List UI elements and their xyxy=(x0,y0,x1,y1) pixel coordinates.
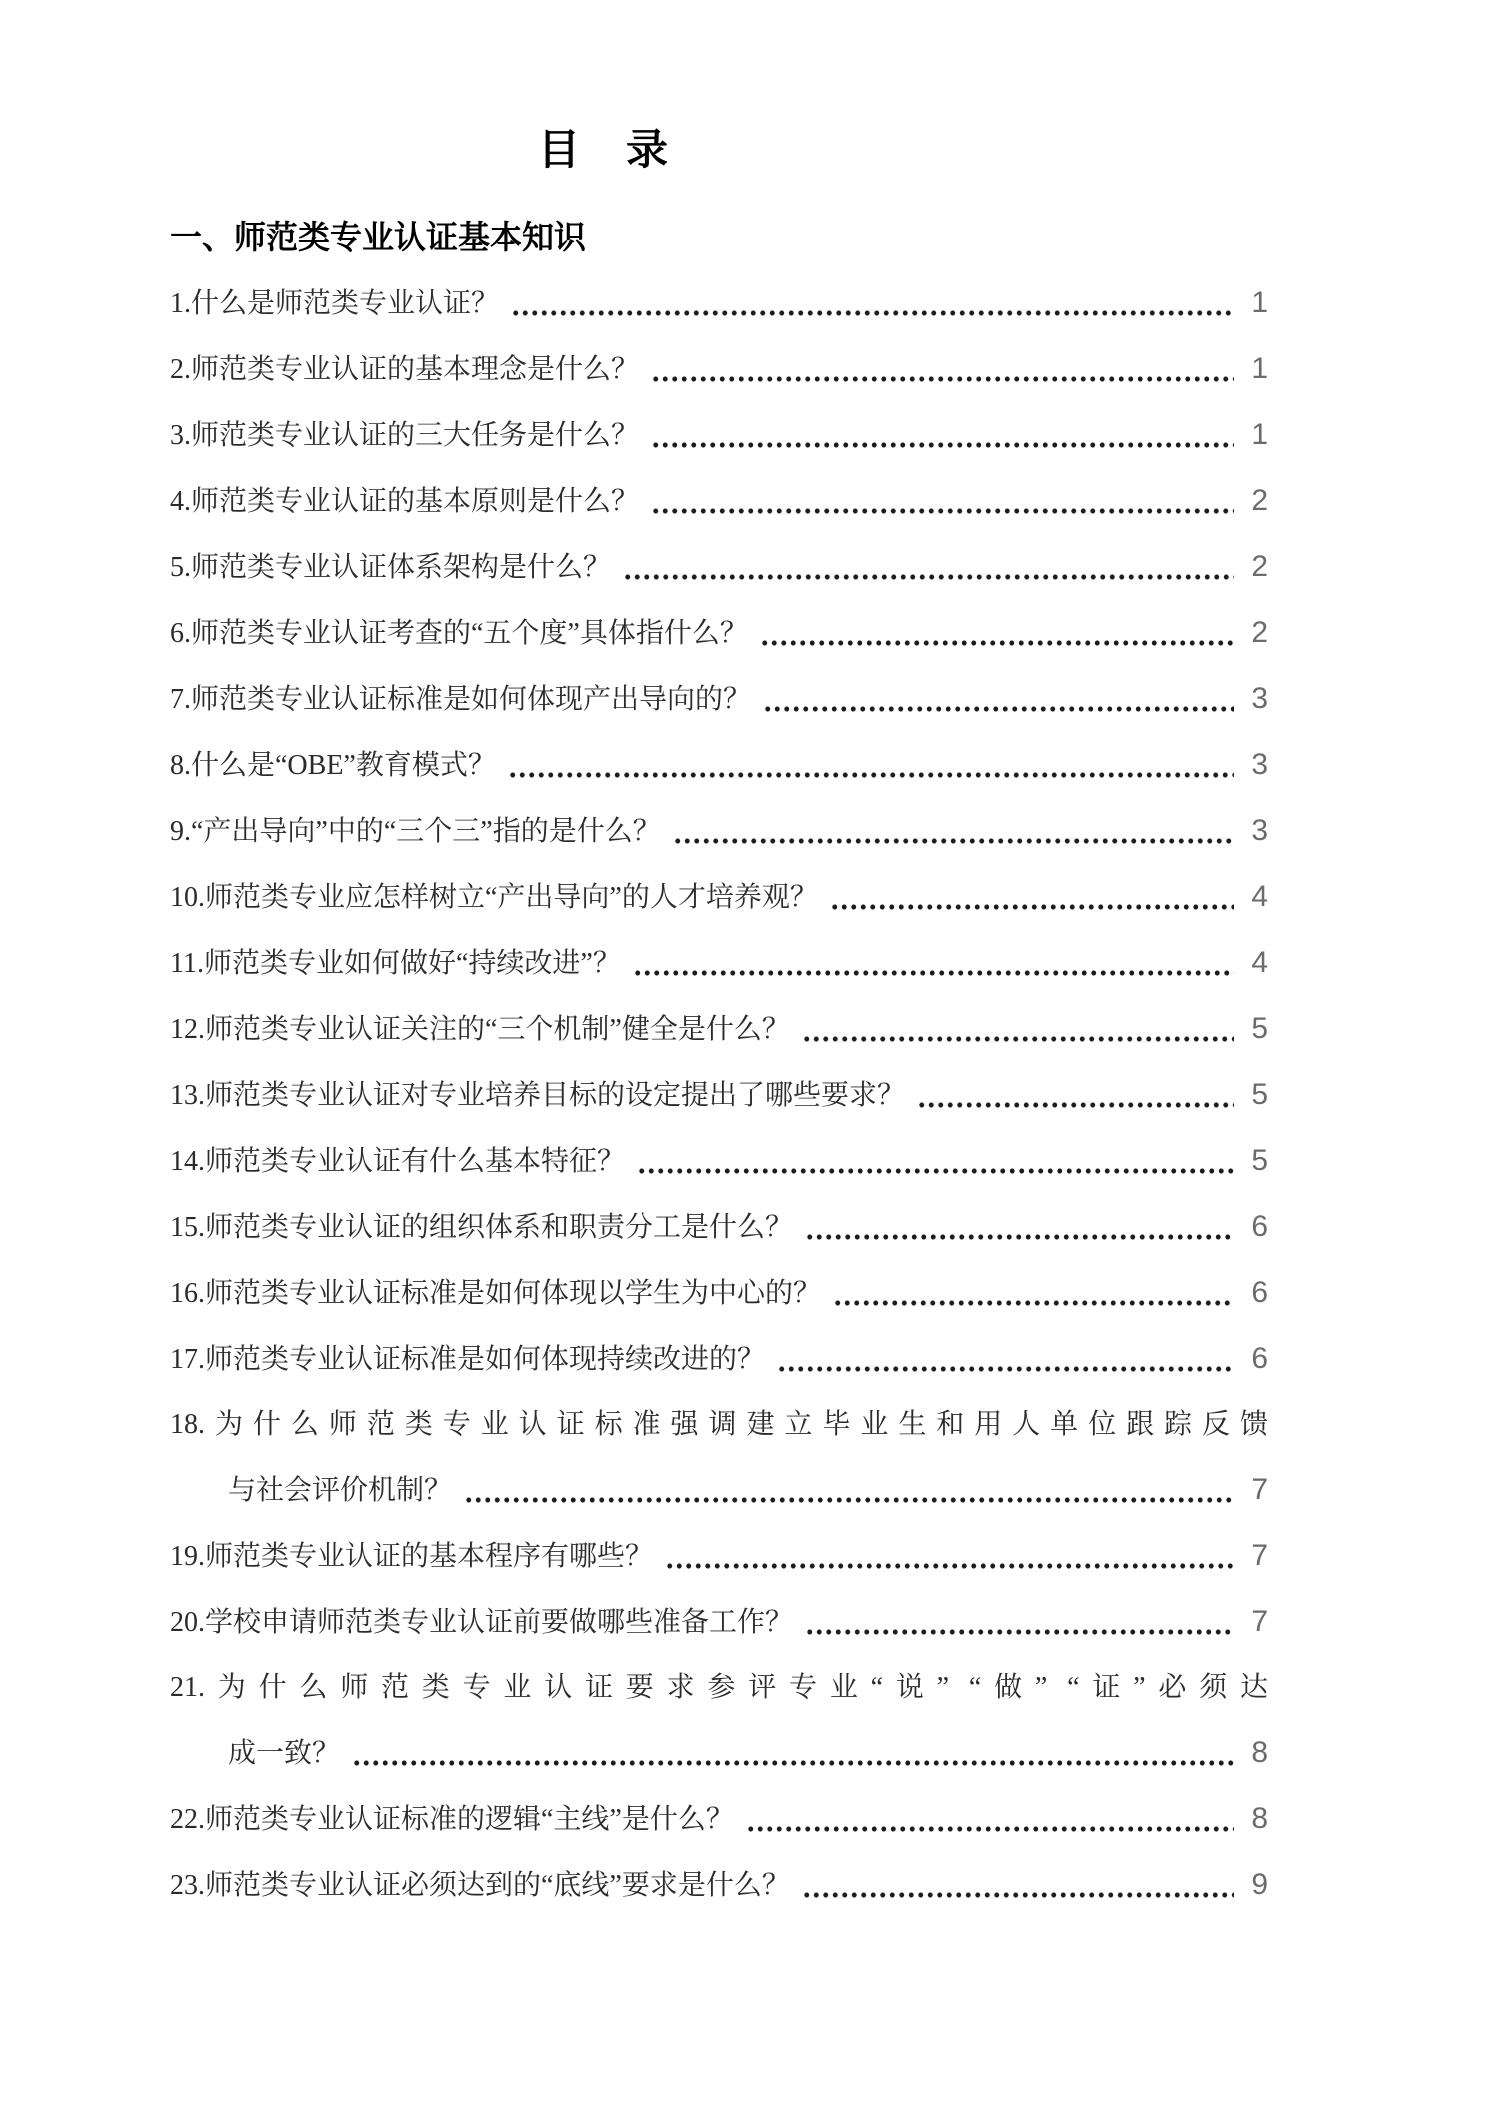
toc-entry: 5.师范类专业认证体系架构是什么？ 2 xyxy=(170,534,1268,600)
toc-entry: 7.师范类专业认证标准是如何体现产出导向的？ 3 xyxy=(170,666,1268,732)
toc-entry: 19.师范类专业认证的基本程序有哪些？ 7 xyxy=(170,1523,1268,1589)
toc-entry: 23.师范类专业认证必须达到的“底线”要求是什么？ 9 xyxy=(170,1852,1268,1918)
toc-entry-label: 7.师范类专业认证标准是如何体现产出导向的？ xyxy=(170,667,751,732)
toc-entry: 8.什么是“OBE”教育模式？ 3 xyxy=(170,732,1268,798)
toc-entry: 6.师范类专业认证考查的“五个度”具体指什么？ 2 xyxy=(170,600,1268,666)
toc-entry-label: 20.学校申请师范类专业认证前要做哪些准备工作？ xyxy=(170,1590,793,1655)
dot-leader xyxy=(800,1852,1234,1918)
toc-entry-page-number: 9 xyxy=(1242,1852,1268,1917)
toc-entry-page-number: 8 xyxy=(1242,1720,1268,1785)
toc-entry-row: 5.师范类专业认证体系架构是什么？ 2 xyxy=(170,534,1268,600)
toc-entry: 16.师范类专业认证标准是如何体现以学生为中心的？ 6 xyxy=(170,1260,1268,1326)
dot-leader xyxy=(649,402,1234,468)
toc-entry-page-number: 1 xyxy=(1242,270,1268,335)
toc-entry-label: 22.师范类专业认证标准的逻辑“主线”是什么？ xyxy=(170,1787,734,1852)
toc-entry: 20.学校申请师范类专业认证前要做哪些准备工作？ 7 xyxy=(170,1589,1268,1655)
toc-entry-page-number: 7 xyxy=(1242,1523,1268,1588)
toc-entry: 15.师范类专业认证的组织体系和职责分工是什么？ 6 xyxy=(170,1194,1268,1260)
toc-entry-page-number: 1 xyxy=(1242,336,1268,401)
toc-entry: 4.师范类专业认证的基本原则是什么？ 2 xyxy=(170,468,1268,534)
toc-entry-label: 1.什么是师范类专业认证？ xyxy=(170,271,499,336)
dot-leader xyxy=(509,270,1234,336)
toc-entry-page-number: 5 xyxy=(1242,1128,1268,1193)
dot-leader xyxy=(631,930,1234,996)
dot-leader xyxy=(758,600,1234,666)
toc-entry-page-number: 6 xyxy=(1242,1326,1268,1391)
toc-entry-page-number: 7 xyxy=(1242,1589,1268,1654)
toc-entry-page-number: 8 xyxy=(1242,1786,1268,1851)
toc-entry: 1.什么是师范类专业认证？ 1 xyxy=(170,270,1268,336)
toc-entry-label: 3.师范类专业认证的三大任务是什么？ xyxy=(170,403,639,468)
dot-leader xyxy=(828,864,1234,930)
dot-leader xyxy=(761,666,1234,732)
toc-entry-row: 11.师范类专业如何做好“持续改进”？ 4 xyxy=(170,930,1268,996)
toc-entry: 21.为什么师范类专业认证要求参评专业“说” “做” “证”必须达 成一致？ 8 xyxy=(170,1655,1268,1786)
dot-leader xyxy=(775,1326,1234,1392)
toc-entry-row: 10.师范类专业应怎样树立“产出导向”的人才培养观？ 4 xyxy=(170,864,1268,930)
toc-entry-row: 6.师范类专业认证考查的“五个度”具体指什么？ 2 xyxy=(170,600,1268,666)
toc-entry-page-number: 3 xyxy=(1242,732,1268,797)
toc-entry: 11.师范类专业如何做好“持续改进”？ 4 xyxy=(170,930,1268,996)
toc-entry-label: 12.师范类专业认证关注的“三个机制”健全是什么？ xyxy=(170,997,790,1062)
toc-entry-row: 22.师范类专业认证标准的逻辑“主线”是什么？ 8 xyxy=(170,1786,1268,1852)
dot-leader xyxy=(621,534,1234,600)
toc-entry-label: 4.师范类专业认证的基本原则是什么？ xyxy=(170,469,639,534)
toc-entry-label: 13.师范类专业认证对专业培养目标的设定提出了哪些要求？ xyxy=(170,1063,905,1128)
dot-leader xyxy=(649,336,1234,402)
toc-entry-label: 23.师范类专业认证必须达到的“底线”要求是什么？ xyxy=(170,1853,790,1918)
dot-leader xyxy=(803,1589,1234,1655)
toc-entry-row: 17.师范类专业认证标准是如何体现持续改进的？ 6 xyxy=(170,1326,1268,1392)
dot-leader xyxy=(635,1128,1234,1194)
toc-entry-label: 9.“产出导向”中的“三个三”指的是什么？ xyxy=(170,799,661,864)
toc-entry-label: 6.师范类专业认证考查的“五个度”具体指什么？ xyxy=(170,601,748,666)
dot-leader xyxy=(915,1062,1234,1128)
toc-entry-row: 13.师范类专业认证对专业培养目标的设定提出了哪些要求？ 5 xyxy=(170,1062,1268,1128)
toc-entry: 17.师范类专业认证标准是如何体现持续改进的？ 6 xyxy=(170,1326,1268,1392)
toc-entry-row: 1.什么是师范类专业认证？ 1 xyxy=(170,270,1268,336)
toc-entry-row: 23.师范类专业认证必须达到的“底线”要求是什么？ 9 xyxy=(170,1852,1268,1918)
page-title: 目 录 xyxy=(538,125,1268,175)
toc-entry-label: 2.师范类专业认证的基本理念是什么？ xyxy=(170,337,639,402)
toc-entry-label: 5.师范类专业认证体系架构是什么？ xyxy=(170,535,611,600)
toc-entry: 18.为什么师范类专业认证标准强调建立毕业生和用人单位跟踪反馈 与社会评价机制？… xyxy=(170,1392,1268,1523)
toc-entry-row: 16.师范类专业认证标准是如何体现以学生为中心的？ 6 xyxy=(170,1260,1268,1326)
toc-entry-row: 成一致？ 8 xyxy=(170,1720,1268,1786)
dot-leader xyxy=(649,468,1234,534)
toc-entry: 14.师范类专业认证有什么基本特征？ 5 xyxy=(170,1128,1268,1194)
toc-entry-row: 7.师范类专业认证标准是如何体现产出导向的？ 3 xyxy=(170,666,1268,732)
toc-entry-page-number: 5 xyxy=(1242,1062,1268,1127)
toc-entry-label: 17.师范类专业认证标准是如何体现持续改进的？ xyxy=(170,1327,765,1392)
toc-entry-page-number: 4 xyxy=(1242,930,1268,995)
toc-entry-wrap-line: 21.为什么师范类专业认证要求参评专业“说” “做” “证”必须达 xyxy=(170,1655,1268,1720)
toc-entry-page-number: 3 xyxy=(1242,666,1268,731)
section-heading: 一、师范类专业认证基本知识 xyxy=(170,205,1268,270)
toc-entry-label: 与社会评价机制？ xyxy=(228,1458,452,1523)
dot-leader xyxy=(803,1194,1234,1260)
toc-entry: 22.师范类专业认证标准的逻辑“主线”是什么？ 8 xyxy=(170,1786,1268,1852)
toc-entry-page-number: 1 xyxy=(1242,402,1268,467)
dot-leader xyxy=(506,732,1234,798)
toc-entry: 12.师范类专业认证关注的“三个机制”健全是什么？ 5 xyxy=(170,996,1268,1062)
toc-entry-row: 20.学校申请师范类专业认证前要做哪些准备工作？ 7 xyxy=(170,1589,1268,1655)
toc-entry-row: 8.什么是“OBE”教育模式？ 3 xyxy=(170,732,1268,798)
toc-entry-row: 4.师范类专业认证的基本原则是什么？ 2 xyxy=(170,468,1268,534)
toc-entry-label: 10.师范类专业应怎样树立“产出导向”的人才培养观？ xyxy=(170,865,818,930)
toc-entry-label: 11.师范类专业如何做好“持续改进”？ xyxy=(170,931,621,996)
toc-entry-page-number: 5 xyxy=(1242,996,1268,1061)
toc-entry-page-number: 7 xyxy=(1242,1457,1268,1522)
toc-entry-row: 9.“产出导向”中的“三个三”指的是什么？ 3 xyxy=(170,798,1268,864)
dot-leader xyxy=(350,1720,1234,1786)
toc-entry-page-number: 2 xyxy=(1242,534,1268,599)
toc-entry-label: 成一致？ xyxy=(228,1721,340,1786)
toc-entry-label: 15.师范类专业认证的组织体系和职责分工是什么？ xyxy=(170,1195,793,1260)
dot-leader xyxy=(744,1786,1234,1852)
toc-entry-page-number: 6 xyxy=(1242,1194,1268,1259)
toc-entry-label: 19.师范类专业认证的基本程序有哪些？ xyxy=(170,1524,653,1589)
toc-entry-row: 19.师范类专业认证的基本程序有哪些？ 7 xyxy=(170,1523,1268,1589)
toc-entry: 3.师范类专业认证的三大任务是什么？ 1 xyxy=(170,402,1268,468)
toc-entry-label: 8.什么是“OBE”教育模式？ xyxy=(170,733,496,798)
dot-leader xyxy=(831,1260,1234,1326)
toc-entry: 2.师范类专业认证的基本理念是什么？ 1 xyxy=(170,336,1268,402)
toc-entry-row: 15.师范类专业认证的组织体系和职责分工是什么？ 6 xyxy=(170,1194,1268,1260)
toc-entry-page-number: 3 xyxy=(1242,798,1268,863)
toc-entry-page-number: 2 xyxy=(1242,468,1268,533)
toc-entry: 13.师范类专业认证对专业培养目标的设定提出了哪些要求？ 5 xyxy=(170,1062,1268,1128)
toc-entry-row: 14.师范类专业认证有什么基本特征？ 5 xyxy=(170,1128,1268,1194)
toc-entry-label: 16.师范类专业认证标准是如何体现以学生为中心的？ xyxy=(170,1261,821,1326)
toc-entry: 10.师范类专业应怎样树立“产出导向”的人才培养观？ 4 xyxy=(170,864,1268,930)
toc-entry-row: 与社会评价机制？ 7 xyxy=(170,1457,1268,1523)
toc-entry-page-number: 6 xyxy=(1242,1260,1268,1325)
toc-entry-row: 2.师范类专业认证的基本理念是什么？ 1 xyxy=(170,336,1268,402)
toc-list: 1.什么是师范类专业认证？ 1 2.师范类专业认证的基本理念是什么？ 1 3.师… xyxy=(170,270,1268,1918)
dot-leader xyxy=(671,798,1234,864)
toc-entry-label: 14.师范类专业认证有什么基本特征？ xyxy=(170,1129,625,1194)
toc-entry-row: 12.师范类专业认证关注的“三个机制”健全是什么？ 5 xyxy=(170,996,1268,1062)
toc-page: 目 录 一、师范类专业认证基本知识 1.什么是师范类专业认证？ 1 2.师范类专… xyxy=(0,0,1500,2122)
toc-entry-page-number: 4 xyxy=(1242,864,1268,929)
toc-entry-page-number: 2 xyxy=(1242,600,1268,665)
toc-entry-wrap-line: 18.为什么师范类专业认证标准强调建立毕业生和用人单位跟踪反馈 xyxy=(170,1392,1268,1457)
dot-leader xyxy=(462,1457,1234,1523)
dot-leader xyxy=(663,1523,1234,1589)
toc-entry: 9.“产出导向”中的“三个三”指的是什么？ 3 xyxy=(170,798,1268,864)
dot-leader xyxy=(800,996,1234,1062)
toc-entry-row: 3.师范类专业认证的三大任务是什么？ 1 xyxy=(170,402,1268,468)
